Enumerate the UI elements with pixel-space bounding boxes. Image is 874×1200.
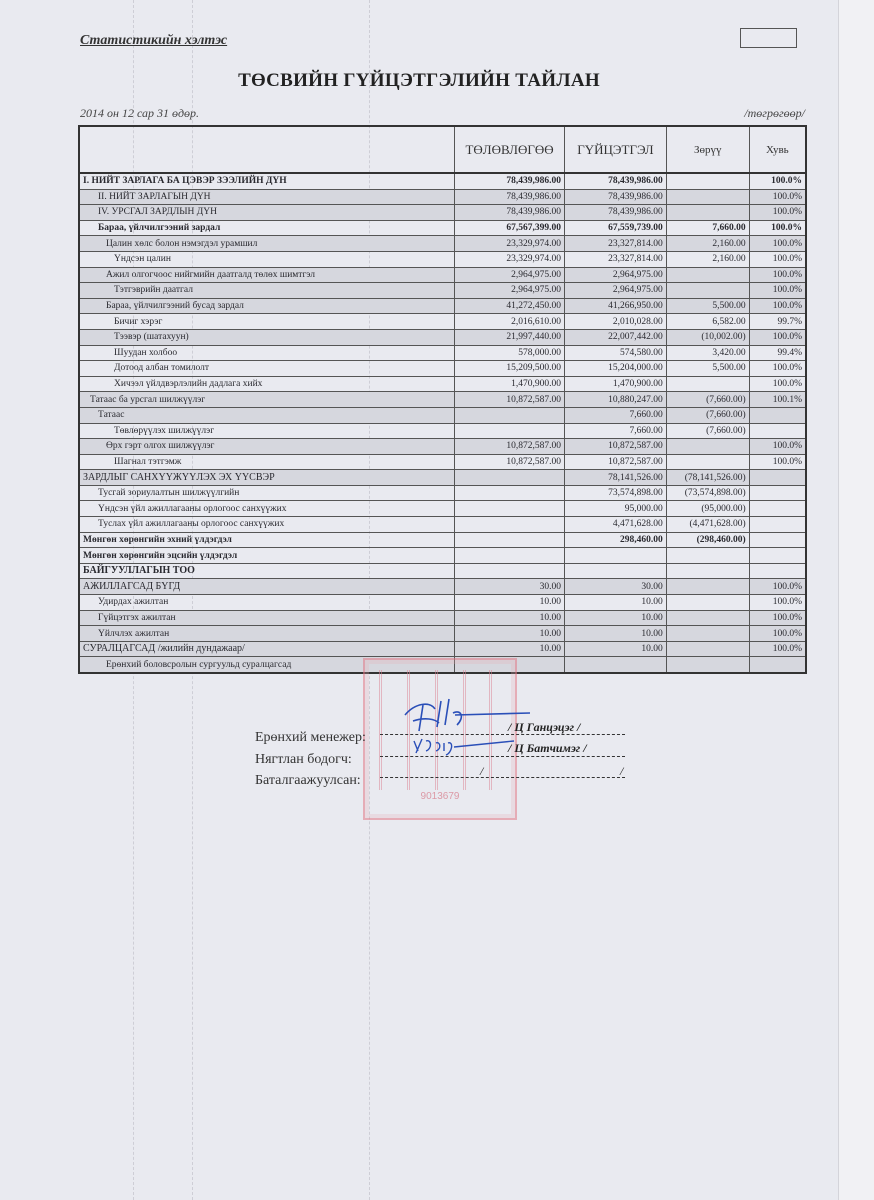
actual-value: 78,439,986.00 — [564, 205, 666, 221]
row-label: Татаас ба урсгал шилжүүлэг — [79, 392, 455, 408]
table-row: СУРАЛЦАГСАД /жилийн дундажаар/10.0010.00… — [79, 641, 806, 657]
row-label: IV. УРСГАЛ ЗАРДЛЫН ДҮН — [79, 205, 455, 221]
row-label: Хичээл үйлдвэрлэлийн дадлага хийх — [79, 376, 455, 392]
row-label: Бараа, үйлчилгээний бусад зардал — [79, 298, 455, 314]
table-row: Бичиг хэрэг2,016,610.002,010,028.006,582… — [79, 314, 806, 330]
percent-value: 100.0% — [749, 173, 806, 189]
percent-value: 100.0% — [749, 251, 806, 267]
table-row: Мөнгөн хөрөнгийн эхний үлдэгдэл298,460.0… — [79, 532, 806, 548]
verifier-signature-line — [380, 777, 625, 778]
percent-value: 100.0% — [749, 267, 806, 283]
difference-value — [666, 657, 749, 673]
percent-value: 100.0% — [749, 579, 806, 595]
percent-value: 100.0% — [749, 439, 806, 455]
percent-value — [749, 485, 806, 501]
percent-value — [749, 517, 806, 533]
actual-value: 41,266,950.00 — [564, 298, 666, 314]
actual-value: 2,964,975.00 — [564, 283, 666, 299]
percent-value — [749, 563, 806, 579]
plan-value: 1,470,900.00 — [455, 376, 565, 392]
manager-role-label: Ерөнхий менежер: — [255, 730, 366, 746]
difference-value: 3,420.00 — [666, 345, 749, 361]
table-row: Шагнал тэтгэмж10,872,587.0010,872,587.00… — [79, 454, 806, 470]
table-row: Дотоод албан томилолт15,209,500.0015,204… — [79, 361, 806, 377]
plan-value: 23,329,974.00 — [455, 236, 565, 252]
difference-value — [666, 595, 749, 611]
difference-value — [666, 454, 749, 470]
table-row: Хичээл үйлдвэрлэлийн дадлага хийх1,470,9… — [79, 376, 806, 392]
actual-value: 10,880,247.00 — [564, 392, 666, 408]
percent-value — [749, 548, 806, 564]
table-row: I. НИЙТ ЗАРЛАГА БА ЦЭВЭР ЗЭЭЛИЙН ДҮН78,4… — [79, 173, 806, 189]
difference-value: (7,660.00) — [666, 392, 749, 408]
table-row: Туслах үйл ажиллагааны орлогоос санхүүжи… — [79, 517, 806, 533]
percent-value — [749, 407, 806, 423]
row-label: I. НИЙТ ЗАРЛАГА БА ЦЭВЭР ЗЭЭЛИЙН ДҮН — [79, 173, 455, 189]
plan-value: 67,567,399.00 — [455, 220, 565, 236]
difference-value: (298,460.00) — [666, 532, 749, 548]
plan-value: 78,439,986.00 — [455, 189, 565, 205]
plan-value: 10,872,587.00 — [455, 454, 565, 470]
plan-value — [455, 532, 565, 548]
plan-value: 10.00 — [455, 641, 565, 657]
accountant-role-label: Нягтлан бодогч: — [255, 752, 352, 768]
plan-value: 10.00 — [455, 610, 565, 626]
difference-value — [666, 626, 749, 642]
verifier-role-label: Баталгаажуулсан: — [255, 773, 361, 789]
percent-value: 100.0% — [749, 595, 806, 611]
actual-value — [564, 657, 666, 673]
table-row: Бараа, үйлчилгээний зардал67,567,399.006… — [79, 220, 806, 236]
difference-value: 2,160.00 — [666, 236, 749, 252]
percent-value: 100.0% — [749, 329, 806, 345]
row-label: II. НИЙТ ЗАРЛАГЫН ДҮН — [79, 189, 455, 205]
actual-value: 10.00 — [564, 626, 666, 642]
table-row: Ажил олгогчоос нийгмийн даатгалд төлөх ш… — [79, 267, 806, 283]
table-row: Шуудан холбоо578,000.00574,580.003,420.0… — [79, 345, 806, 361]
percent-value: 100.0% — [749, 454, 806, 470]
table-row: Үндсэн үйл ажиллагааны орлогоос санхүүжи… — [79, 501, 806, 517]
actual-value: 30.00 — [564, 579, 666, 595]
plan-value: 2,964,975.00 — [455, 283, 565, 299]
difference-value — [666, 173, 749, 189]
table-row: АЖИЛЛАГСАД БҮГД30.0030.00100.0% — [79, 579, 806, 595]
actual-value: 73,574,898.00 — [564, 485, 666, 501]
difference-value: (10,002.00) — [666, 329, 749, 345]
plan-value: 78,439,986.00 — [455, 173, 565, 189]
stamp-number: 9013679 — [365, 791, 515, 802]
difference-value: 5,500.00 — [666, 361, 749, 377]
plan-value — [455, 517, 565, 533]
table-row: Татаас ба урсгал шилжүүлэг10,872,587.001… — [79, 392, 806, 408]
difference-value: 5,500.00 — [666, 298, 749, 314]
row-label: Мөнгөн хөрөнгийн эцсийн үлдэгдэл — [79, 548, 455, 564]
plan-value — [455, 423, 565, 439]
table-row: ЗАРДЛЫГ САНХҮҮЖҮҮЛЭХ ЭХ ҮҮСВЭР78,141,526… — [79, 470, 806, 486]
plan-value: 41,272,450.00 — [455, 298, 565, 314]
table-row: Тэтгэврийн даатгал2,964,975.002,964,975.… — [79, 283, 806, 299]
table-row: Мөнгөн хөрөнгийн эцсийн үлдэгдэл — [79, 548, 806, 564]
table-row: IV. УРСГАЛ ЗАРДЛЫН ДҮН78,439,986.0078,43… — [79, 205, 806, 221]
manager-name: / Ц Ганцэцэг / — [508, 720, 580, 735]
row-label: Шуудан холбоо — [79, 345, 455, 361]
difference-value: 2,160.00 — [666, 251, 749, 267]
budget-report-table: ТӨЛӨВЛӨГӨӨ ГҮЙЦЭТГЭЛ Зөрүү Хувь I. НИЙТ … — [78, 125, 807, 674]
actual-value: 22,007,442.00 — [564, 329, 666, 345]
col-header-plan: ТӨЛӨВЛӨГӨӨ — [455, 126, 565, 173]
actual-value: 78,141,526.00 — [564, 470, 666, 486]
percent-value: 100.0% — [749, 376, 806, 392]
col-header-difference: Зөрүү — [666, 126, 749, 173]
table-header-row: ТӨЛӨВЛӨГӨӨ ГҮЙЦЭТГЭЛ Зөрүү Хувь — [79, 126, 806, 173]
row-label: Төвлөрүүлэх шилжүүлэг — [79, 423, 455, 439]
row-label: Үйлчлэх ажилтан — [79, 626, 455, 642]
organization-name: Статистикийн хэлтэс — [80, 33, 227, 49]
percent-value: 100.0% — [749, 610, 806, 626]
actual-value: 7,660.00 — [564, 407, 666, 423]
plan-value: 23,329,974.00 — [455, 251, 565, 267]
actual-value: 23,327,814.00 — [564, 236, 666, 252]
table-row: Төвлөрүүлэх шилжүүлэг7,660.00(7,660.00) — [79, 423, 806, 439]
report-title: ТӨСВИЙН ГҮЙЦЭТГЭЛИЙН ТАЙЛАН — [0, 70, 838, 92]
actual-value: 23,327,814.00 — [564, 251, 666, 267]
percent-value: 100.0% — [749, 283, 806, 299]
row-label: Тэтгэврийн даатгал — [79, 283, 455, 299]
difference-value — [666, 610, 749, 626]
difference-value — [666, 376, 749, 392]
actual-value: 10.00 — [564, 641, 666, 657]
plan-value: 10,872,587.00 — [455, 439, 565, 455]
plan-value: 10.00 — [455, 626, 565, 642]
difference-value — [666, 267, 749, 283]
actual-value: 1,470,900.00 — [564, 376, 666, 392]
difference-value: 6,582.00 — [666, 314, 749, 330]
percent-value: 99.7% — [749, 314, 806, 330]
accountant-signature-icon — [410, 733, 520, 757]
actual-value: 7,660.00 — [564, 423, 666, 439]
row-label: Удирдах ажилтан — [79, 595, 455, 611]
percent-value: 100.0% — [749, 626, 806, 642]
col-header-actual: ГҮЙЦЭТГЭЛ — [564, 126, 666, 173]
percent-value — [749, 501, 806, 517]
scanned-page: Статистикийн хэлтэс ТӨСВИЙН ГҮЙЦЭТГЭЛИЙН… — [0, 0, 838, 1200]
plan-value — [455, 501, 565, 517]
row-label: Цалин хөлс болон нэмэгдэл урамшил — [79, 236, 455, 252]
verifier-name-open: / — [480, 764, 483, 779]
actual-value: 10,872,587.00 — [564, 454, 666, 470]
difference-value — [666, 641, 749, 657]
plan-value: 2,016,610.00 — [455, 314, 565, 330]
difference-value: 7,660.00 — [666, 220, 749, 236]
actual-value: 67,559,739.00 — [564, 220, 666, 236]
row-label: ЗАРДЛЫГ САНХҮҮЖҮҮЛЭХ ЭХ ҮҮСВЭР — [79, 470, 455, 486]
row-label: Дотоод албан томилолт — [79, 361, 455, 377]
percent-value — [749, 657, 806, 673]
accountant-signature-line — [380, 756, 625, 757]
table-row: БАЙГУУЛЛАГЫН ТОО — [79, 563, 806, 579]
table-row: Татаас7,660.00(7,660.00) — [79, 407, 806, 423]
table-body: I. НИЙТ ЗАРЛАГА БА ЦЭВЭР ЗЭЭЛИЙН ДҮН78,4… — [79, 173, 806, 673]
percent-value: 100.0% — [749, 205, 806, 221]
difference-value — [666, 439, 749, 455]
row-label: Туслах үйл ажиллагааны орлогоос санхүүжи… — [79, 517, 455, 533]
form-code-box — [740, 28, 797, 48]
table-row: Цалин хөлс болон нэмэгдэл урамшил23,329,… — [79, 236, 806, 252]
actual-value: 10,872,587.00 — [564, 439, 666, 455]
report-date: 2014 он 12 сар 31 өдөр. — [80, 106, 199, 121]
row-label: БАЙГУУЛЛАГЫН ТОО — [79, 563, 455, 579]
percent-value — [749, 532, 806, 548]
row-label: Гүйцэтгэх ажилтан — [79, 610, 455, 626]
plan-value: 21,997,440.00 — [455, 329, 565, 345]
plan-value — [455, 470, 565, 486]
row-label: Татаас — [79, 407, 455, 423]
difference-value — [666, 189, 749, 205]
actual-value: 78,439,986.00 — [564, 189, 666, 205]
percent-value: 100.0% — [749, 220, 806, 236]
plan-value: 78,439,986.00 — [455, 205, 565, 221]
plan-value: 2,964,975.00 — [455, 267, 565, 283]
difference-value: (73,574,898.00) — [666, 485, 749, 501]
table-row: II. НИЙТ ЗАРЛАГЫН ДҮН78,439,986.0078,439… — [79, 189, 806, 205]
plan-value — [455, 563, 565, 579]
manager-signature-line — [380, 734, 625, 735]
plan-value — [455, 407, 565, 423]
accountant-name: / Ц Батчимэг / — [508, 741, 587, 756]
percent-value — [749, 470, 806, 486]
percent-value: 100.0% — [749, 236, 806, 252]
row-label: Өрх гэрт олгох шилжүүлэг — [79, 439, 455, 455]
difference-value — [666, 563, 749, 579]
row-label: Ажил олгогчоос нийгмийн даатгалд төлөх ш… — [79, 267, 455, 283]
row-label: Мөнгөн хөрөнгийн эхний үлдэгдэл — [79, 532, 455, 548]
table-row: Удирдах ажилтан10.0010.00100.0% — [79, 595, 806, 611]
actual-value: 2,010,028.00 — [564, 314, 666, 330]
row-label: Тээвэр (шатахуун) — [79, 329, 455, 345]
table-row: Өрх гэрт олгох шилжүүлэг10,872,587.0010,… — [79, 439, 806, 455]
verifier-name-close: / — [620, 764, 623, 779]
currency-unit: /төгрөгөөр/ — [690, 106, 805, 121]
actual-value: 15,204,000.00 — [564, 361, 666, 377]
percent-value: 100.0% — [749, 641, 806, 657]
plan-value: 30.00 — [455, 579, 565, 595]
row-label: Бараа, үйлчилгээний зардал — [79, 220, 455, 236]
actual-value: 574,580.00 — [564, 345, 666, 361]
difference-value: (4,471,628.00) — [666, 517, 749, 533]
plan-value — [455, 485, 565, 501]
percent-value: 100.0% — [749, 298, 806, 314]
difference-value — [666, 548, 749, 564]
difference-value — [666, 579, 749, 595]
actual-value: 10.00 — [564, 595, 666, 611]
table-row: Үйлчлэх ажилтан10.0010.00100.0% — [79, 626, 806, 642]
table-row: Тусгай зориулалтын шилжүүлгийн73,574,898… — [79, 485, 806, 501]
percent-value: 100.0% — [749, 361, 806, 377]
row-label: Үндсэн үйл ажиллагааны орлогоос санхүүжи… — [79, 501, 455, 517]
actual-value: 4,471,628.00 — [564, 517, 666, 533]
plan-value: 15,209,500.00 — [455, 361, 565, 377]
percent-value — [749, 423, 806, 439]
actual-value — [564, 563, 666, 579]
table-row: Бараа, үйлчилгээний бусад зардал41,272,4… — [79, 298, 806, 314]
plan-value: 10.00 — [455, 595, 565, 611]
actual-value: 2,964,975.00 — [564, 267, 666, 283]
difference-value: (7,660.00) — [666, 423, 749, 439]
row-label: АЖИЛЛАГСАД БҮГД — [79, 579, 455, 595]
table-row: Үндсэн цалин23,329,974.0023,327,814.002,… — [79, 251, 806, 267]
col-header-label — [79, 126, 455, 173]
difference-value: (95,000.00) — [666, 501, 749, 517]
col-header-percent: Хувь — [749, 126, 806, 173]
row-label: Бичиг хэрэг — [79, 314, 455, 330]
row-label: СУРАЛЦАГСАД /жилийн дундажаар/ — [79, 641, 455, 657]
plan-value: 10,872,587.00 — [455, 392, 565, 408]
actual-value: 298,460.00 — [564, 532, 666, 548]
table-row: Тээвэр (шатахуун)21,997,440.0022,007,442… — [79, 329, 806, 345]
scanner-margin — [838, 0, 874, 1200]
row-label: Шагнал тэтгэмж — [79, 454, 455, 470]
difference-value — [666, 205, 749, 221]
percent-value: 100.0% — [749, 189, 806, 205]
percent-value: 100.1% — [749, 392, 806, 408]
percent-value: 99.4% — [749, 345, 806, 361]
actual-value: 10.00 — [564, 610, 666, 626]
difference-value: (7,660.00) — [666, 407, 749, 423]
row-label: Үндсэн цалин — [79, 251, 455, 267]
row-label: Тусгай зориулалтын шилжүүлгийн — [79, 485, 455, 501]
table-row: Гүйцэтгэх ажилтан10.0010.00100.0% — [79, 610, 806, 626]
actual-value: 78,439,986.00 — [564, 173, 666, 189]
actual-value — [564, 548, 666, 564]
difference-value — [666, 283, 749, 299]
actual-value: 95,000.00 — [564, 501, 666, 517]
difference-value: (78,141,526.00) — [666, 470, 749, 486]
plan-value: 578,000.00 — [455, 345, 565, 361]
plan-value — [455, 548, 565, 564]
